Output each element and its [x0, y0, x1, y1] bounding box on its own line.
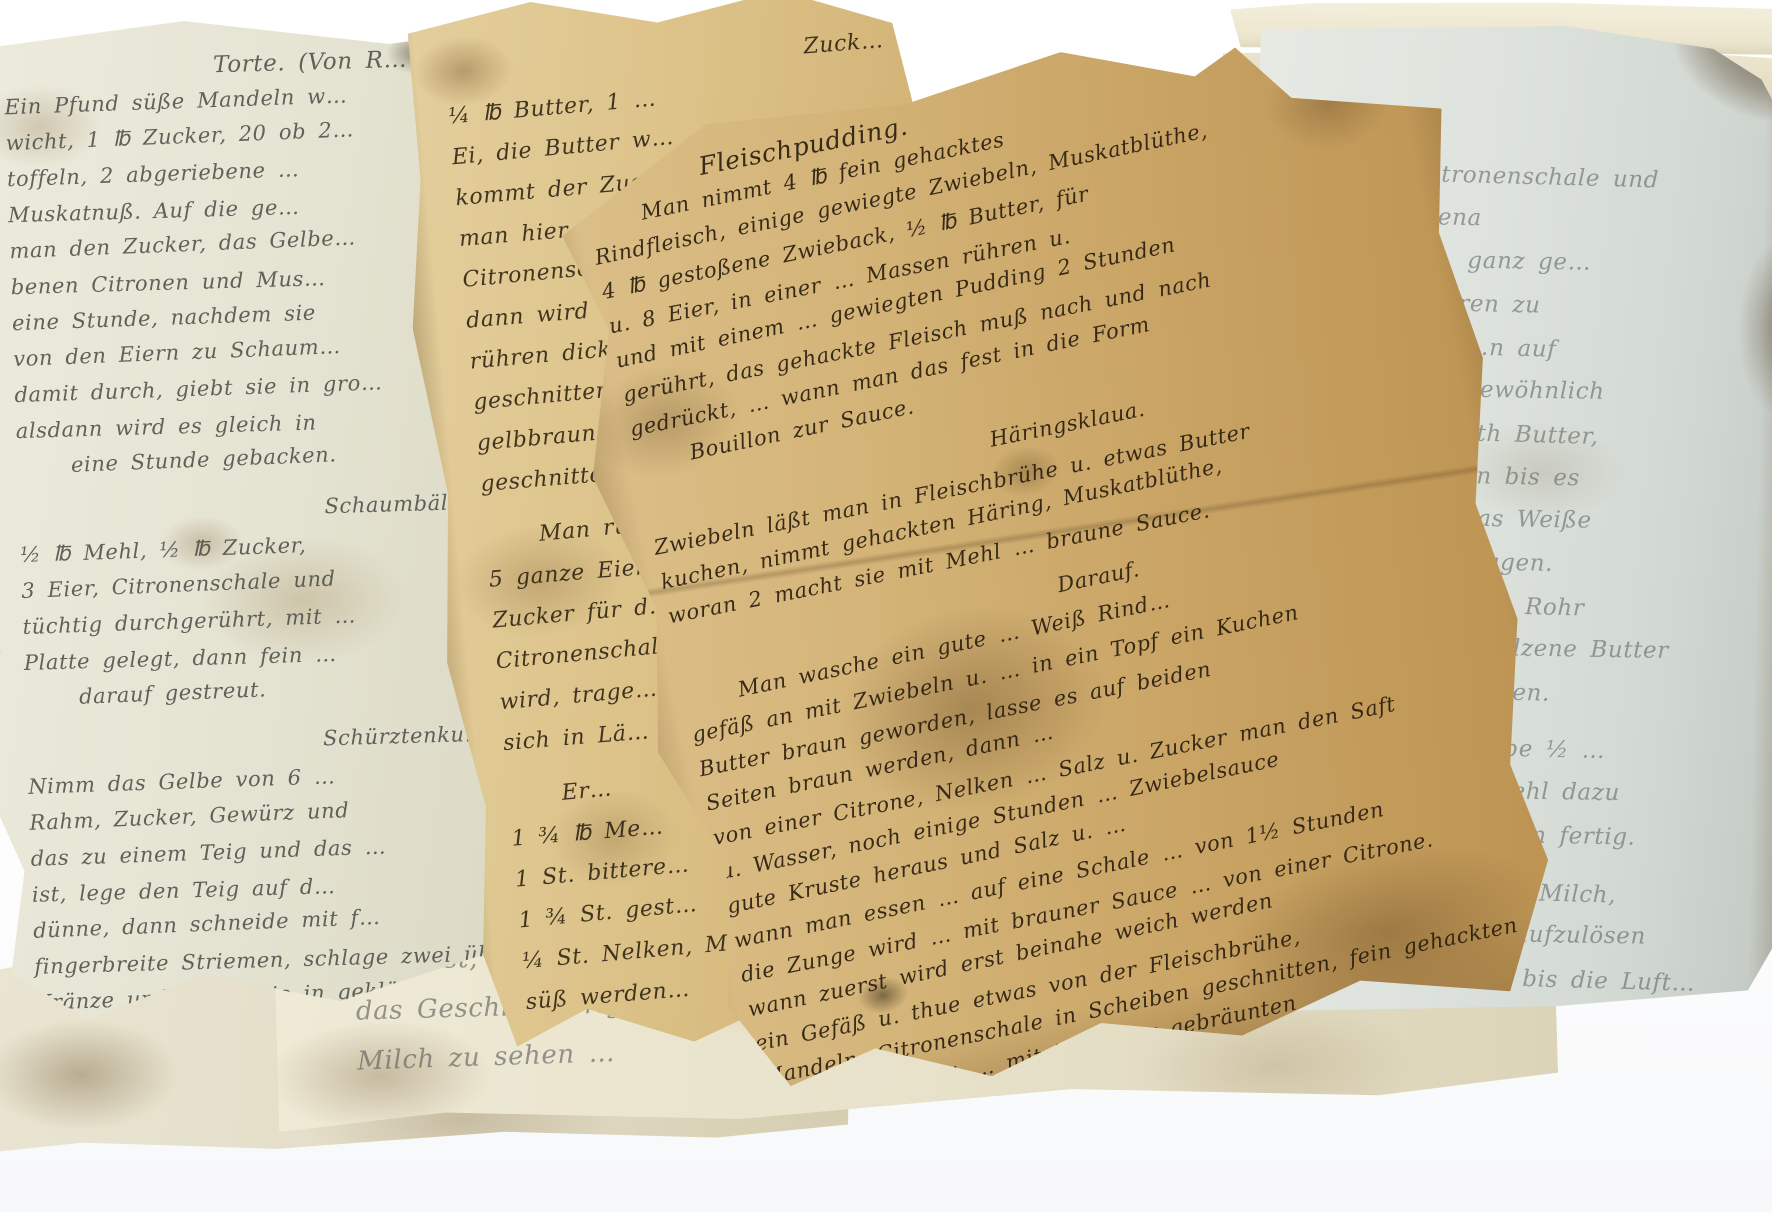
manuscript-photo: oben ist, …das Geschirr übrig…Milch zu s… [0, 0, 1772, 1212]
handwriting-line: ganz ge… [1413, 239, 1772, 288]
handwriting-line: fertig geschäumte Butter [1395, 1084, 1772, 1135]
